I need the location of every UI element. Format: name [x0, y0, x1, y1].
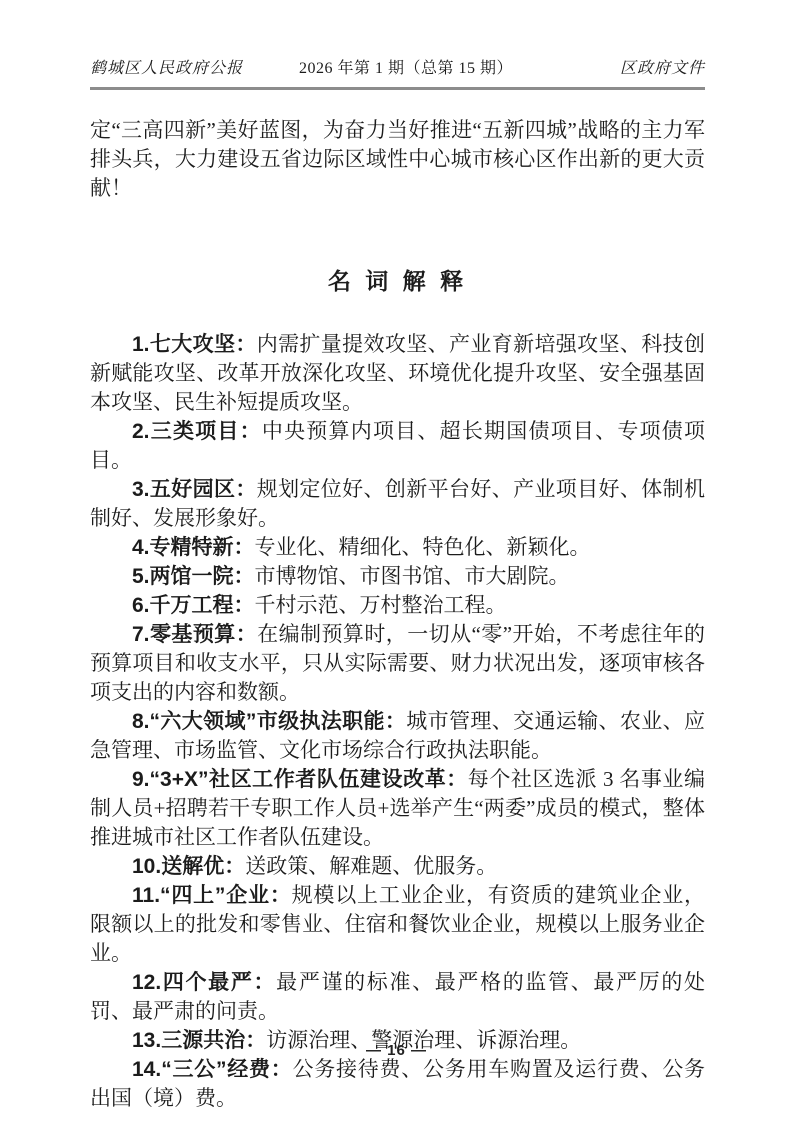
term-item: 4.专精特新：专业化、精细化、特色化、新颖化。: [90, 533, 705, 562]
term-label: 2.三类项目：: [132, 420, 262, 443]
term-label: 7.零基预算：: [132, 623, 257, 646]
term-label: 6.千万工程：: [132, 594, 255, 617]
term-text: 专业化、精细化、特色化、新颖化。: [255, 535, 591, 559]
header-gazette-title: 鹤城区人民政府公报: [90, 55, 243, 78]
term-label: 5.两馆一院：: [132, 565, 255, 588]
term-text: 送政策、解难题、优服务。: [245, 854, 497, 878]
term-item: 12.四个最严：最严谨的标准、最严格的监管、最严厉的处罚、最严肃的问责。: [90, 968, 705, 1026]
page-footer: — 16 —: [0, 1042, 793, 1060]
term-item: 8.“六大领域”市级执法职能：城市管理、交通运输、农业、应急管理、市场监管、文化…: [90, 707, 705, 765]
term-label: 10.送解优：: [132, 855, 245, 878]
header-issue-info: 2026 年第 1 期（总第 15 期）: [299, 55, 513, 78]
term-label: 8.“六大领域”市级执法职能：: [132, 710, 406, 733]
term-label: 4.专精特新：: [132, 536, 255, 559]
term-item: 6.千万工程：千村示范、万村整治工程。: [90, 591, 705, 620]
term-label: 12.四个最严：: [132, 971, 276, 994]
page-number: — 16 —: [366, 1042, 427, 1059]
term-label: 11.“四上”企业：: [132, 884, 292, 907]
term-text: 千村示范、万村整治工程。: [255, 593, 507, 617]
term-item: 5.两馆一院：市博物馆、市图书馆、市大剧院。: [90, 562, 705, 591]
page-header: 鹤城区人民政府公报 2026 年第 1 期（总第 15 期） 区政府文件: [90, 55, 705, 90]
term-label: 14.“三公”经费：: [132, 1058, 292, 1081]
term-item: 14.“三公”经费：公务接待费、公务用车购置及运行费、公务出国（境）费。: [90, 1055, 705, 1113]
intro-paragraph: 定“三高四新”美好蓝图，为奋力当好推进“五新四城”战略的主力军排头兵，大力建设五…: [90, 116, 705, 203]
document-page: 鹤城区人民政府公报 2026 年第 1 期（总第 15 期） 区政府文件 定“三…: [0, 0, 793, 1122]
term-item: 3.五好园区：规划定位好、创新平台好、产业项目好、体制机制好、发展形象好。: [90, 475, 705, 533]
term-item: 1.七大攻坚：内需扩量提效攻坚、产业育新培强攻坚、科技创新赋能攻坚、改革开放深化…: [90, 330, 705, 417]
term-item: 11.“四上”企业：规模以上工业企业，有资质的建筑业企业，限额以上的批发和零售业…: [90, 881, 705, 968]
term-label: 9.“3+X”社区工作者队伍建设改革：: [132, 768, 468, 791]
term-label: 1.七大攻坚：: [132, 333, 257, 356]
term-item: 2.三类项目：中央预算内项目、超长期国债项目、专项债项目。: [90, 417, 705, 475]
header-doc-category: 区政府文件: [620, 55, 705, 78]
term-text: 市博物馆、市图书馆、市大剧院。: [255, 564, 570, 588]
terms-list: 1.七大攻坚：内需扩量提效攻坚、产业育新培强攻坚、科技创新赋能攻坚、改革开放深化…: [90, 330, 705, 1113]
term-label: 3.五好园区：: [132, 478, 257, 501]
term-item: 10.送解优：送政策、解难题、优服务。: [90, 852, 705, 881]
term-item: 7.零基预算：在编制预算时，一切从“零”开始，不考虑往年的预算项目和收支水平，只…: [90, 620, 705, 707]
term-item: 9.“3+X”社区工作者队伍建设改革：每个社区选派 3 名事业编制人员+招聘若干…: [90, 765, 705, 852]
section-title: 名 词 解 释: [90, 263, 705, 296]
